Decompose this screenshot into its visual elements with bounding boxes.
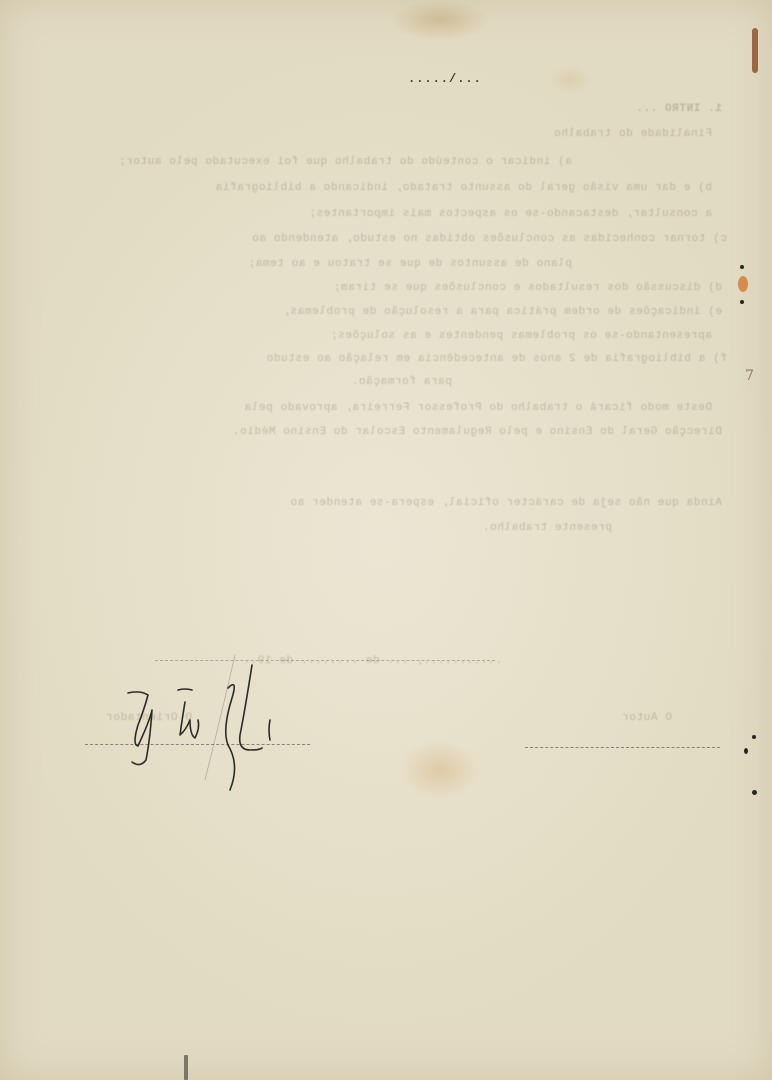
punch-hole: [740, 300, 744, 304]
ghost-line: plano de assuntos de que se tratou e ao …: [248, 258, 572, 270]
ghost-line: a consultar, destacando-se os aspectos m…: [309, 208, 712, 220]
ghost-line: e) indicações de ordem prática para a re…: [283, 306, 722, 318]
ghost-line: para formação.: [351, 376, 452, 388]
ghost-subheading: Finalidade do trabalho: [554, 128, 712, 140]
document-page: 1. INTRO ... Finalidade do trabalho a) i…: [0, 0, 772, 1080]
ghost-line: apresentando-se os problemas pendentes e…: [330, 330, 712, 342]
ghost-line: c) tornar conhecidas as conclusões obtid…: [252, 233, 727, 245]
ghost-line: Direcção Geral do Ensino e pelo Regulame…: [232, 426, 722, 438]
punch-hole: [740, 265, 744, 269]
page-continuation-marker: ...../...: [408, 72, 482, 86]
signature-line-right: [525, 747, 720, 748]
ghost-heading: 1. INTRO ...: [636, 103, 722, 115]
punch-hole: [752, 790, 757, 795]
show-through-text: 1. INTRO ... Finalidade do trabalho a) i…: [0, 0, 772, 1080]
handwritten-date: 13/5/56: [110, 650, 310, 805]
ghost-line: Deste modo ficará o trabalho do Professo…: [244, 402, 712, 414]
ghost-line: O Autor: [622, 712, 672, 724]
ghost-line: Ainda que não seja de carácter oficial, …: [290, 497, 722, 509]
punch-hole: [752, 735, 756, 739]
edge-stain: [752, 28, 758, 73]
edge-mark: [184, 1055, 188, 1080]
rust-spot: [738, 276, 748, 292]
ghost-line: presente trabalho.: [482, 522, 612, 534]
punch-hole: [744, 748, 748, 754]
ghost-line: b) e dar uma visão geral do assunto trat…: [215, 182, 712, 194]
ghost-line: f) a bibliografia de 2 anos de antecedên…: [266, 353, 727, 365]
ghost-line: d) discussão dos resultados e conclusões…: [333, 282, 722, 294]
margin-annotation: 7: [745, 368, 754, 384]
ghost-line: a) indicar o conteúdo do trabalho que fo…: [118, 156, 572, 168]
handwriting-strokes: [110, 650, 310, 800]
